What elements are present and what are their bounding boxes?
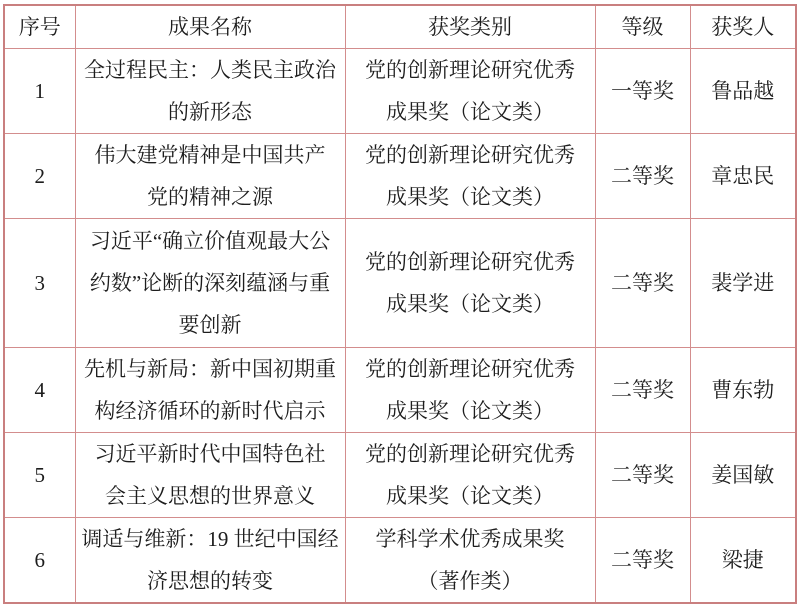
- cell-name: 习近平“确立价值观最大公 约数”论断的深刻蕴涵与重 要创新: [75, 219, 345, 348]
- header-cell-category: 获奖类别: [345, 5, 595, 49]
- table-row: 6 调适与维新：19 世纪中国经 济思想的转变 学科学术优秀成果奖 （著作类） …: [4, 518, 796, 604]
- header-cell-grade: 等级: [595, 5, 690, 49]
- cell-name: 调适与维新：19 世纪中国经 济思想的转变: [75, 518, 345, 604]
- cell-number: 1: [4, 49, 75, 134]
- header-cell-winner: 获奖人: [690, 5, 796, 49]
- cell-name: 先机与新局：新中国初期重 构经济循环的新时代启示: [75, 348, 345, 433]
- cell-winner: 章忠民: [690, 134, 796, 219]
- cell-grade: 二等奖: [595, 348, 690, 433]
- cell-grade: 二等奖: [595, 134, 690, 219]
- table-row: 3 习近平“确立价值观最大公 约数”论断的深刻蕴涵与重 要创新 党的创新理论研究…: [4, 219, 796, 348]
- header-row: 序号 成果名称 获奖类别 等级 获奖人: [4, 5, 796, 49]
- table-row: 2 伟大建党精神是中国共产 党的精神之源 党的创新理论研究优秀 成果奖（论文类）…: [4, 134, 796, 219]
- cell-number: 3: [4, 219, 75, 348]
- cell-winner: 姜国敏: [690, 433, 796, 518]
- header-cell-name: 成果名称: [75, 5, 345, 49]
- cell-category: 党的创新理论研究优秀 成果奖（论文类）: [345, 134, 595, 219]
- cell-number: 2: [4, 134, 75, 219]
- cell-name: 伟大建党精神是中国共产 党的精神之源: [75, 134, 345, 219]
- cell-category: 党的创新理论研究优秀 成果奖（论文类）: [345, 348, 595, 433]
- cell-number: 5: [4, 433, 75, 518]
- table-row: 4 先机与新局：新中国初期重 构经济循环的新时代启示 党的创新理论研究优秀 成果…: [4, 348, 796, 433]
- cell-name: 习近平新时代中国特色社 会主义思想的世界意义: [75, 433, 345, 518]
- awards-table-container: 序号 成果名称 获奖类别 等级 获奖人 1 全过程民主：人类民主政治 的新形态 …: [0, 0, 799, 608]
- cell-winner: 裴学进: [690, 219, 796, 348]
- cell-number: 4: [4, 348, 75, 433]
- cell-winner: 曹东勃: [690, 348, 796, 433]
- cell-grade: 二等奖: [595, 433, 690, 518]
- cell-category: 党的创新理论研究优秀 成果奖（论文类）: [345, 433, 595, 518]
- cell-winner: 鲁品越: [690, 49, 796, 134]
- cell-name: 全过程民主：人类民主政治 的新形态: [75, 49, 345, 134]
- cell-number: 6: [4, 518, 75, 604]
- cell-category: 学科学术优秀成果奖 （著作类）: [345, 518, 595, 604]
- header-cell-number: 序号: [4, 5, 75, 49]
- cell-grade: 二等奖: [595, 518, 690, 604]
- table-row: 1 全过程民主：人类民主政治 的新形态 党的创新理论研究优秀 成果奖（论文类） …: [4, 49, 796, 134]
- cell-category: 党的创新理论研究优秀 成果奖（论文类）: [345, 219, 595, 348]
- cell-category: 党的创新理论研究优秀 成果奖（论文类）: [345, 49, 595, 134]
- cell-winner: 梁捷: [690, 518, 796, 604]
- awards-table: 序号 成果名称 获奖类别 等级 获奖人 1 全过程民主：人类民主政治 的新形态 …: [3, 4, 797, 604]
- cell-grade: 二等奖: [595, 219, 690, 348]
- cell-grade: 一等奖: [595, 49, 690, 134]
- table-row: 5 习近平新时代中国特色社 会主义思想的世界意义 党的创新理论研究优秀 成果奖（…: [4, 433, 796, 518]
